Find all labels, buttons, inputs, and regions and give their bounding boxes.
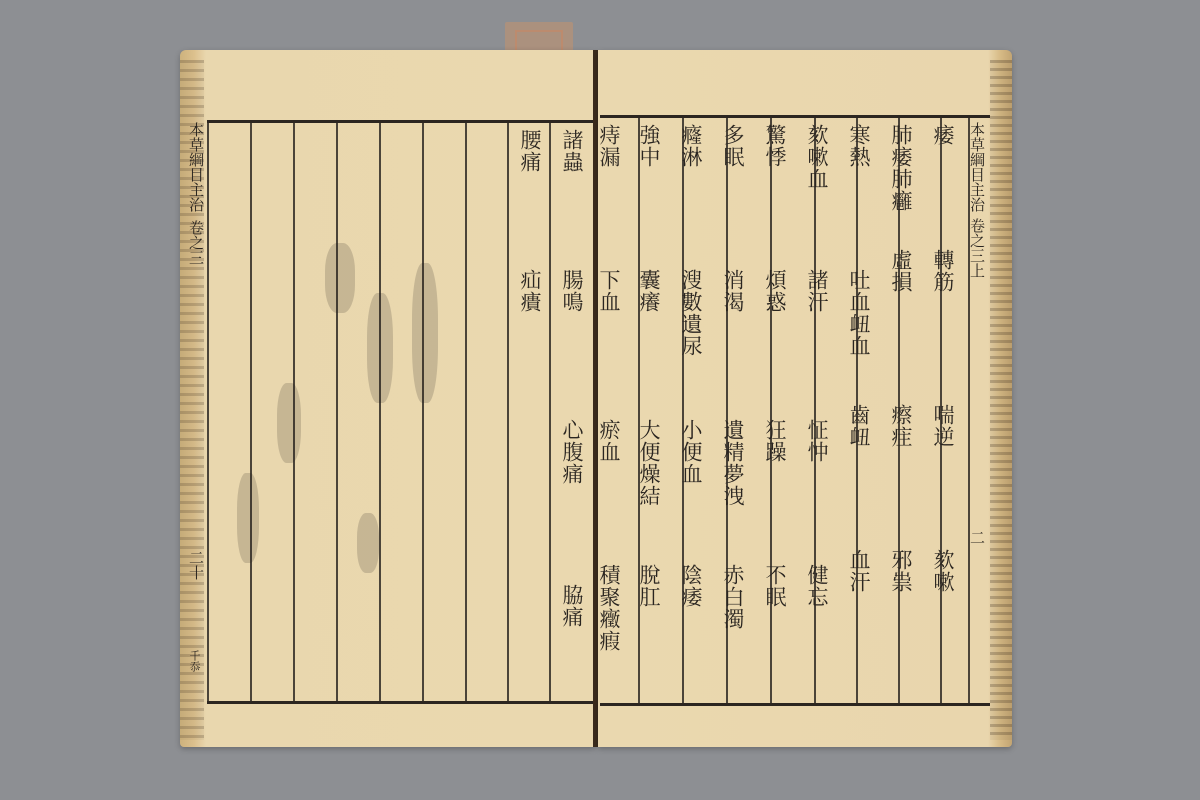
entry: 怔忡 xyxy=(806,419,827,463)
entry: 疝㿉 xyxy=(519,269,540,313)
entry: 欬嗽 xyxy=(932,549,953,593)
text-column: 肺痿肺癰 虛損 瘵疰 邪祟 xyxy=(882,124,922,704)
entry: 囊癢 xyxy=(638,269,659,313)
left-fold-page-number: 二十 xyxy=(186,550,207,580)
entry: 腸鳴 xyxy=(561,269,582,313)
entry: 瘀血 xyxy=(598,419,619,463)
right-page-edge xyxy=(990,60,1012,740)
entry: 小便血 xyxy=(680,419,701,485)
column-rule xyxy=(507,123,509,701)
entry: 煩惑 xyxy=(764,269,785,313)
entry: 諸蟲 xyxy=(561,129,582,173)
column-rule xyxy=(465,123,467,701)
entry: 下血 xyxy=(598,269,619,313)
entry: 肺痿肺癰 xyxy=(890,124,911,212)
entry: 痔漏 xyxy=(598,124,619,168)
text-column: 欬嗽血 諸汗 怔忡 健忘 xyxy=(798,124,838,704)
entry: 寒熱 xyxy=(848,124,869,168)
text-column: 驚悸 煩惑 狂躁 不眠 xyxy=(756,124,796,704)
ink-bleed xyxy=(357,513,379,573)
entry: 血汗 xyxy=(848,549,869,593)
left-fold-juan: 卷之三 xyxy=(186,220,207,265)
entry: 消渴 xyxy=(722,269,743,313)
entry: 邪祟 xyxy=(890,549,911,593)
column-rule xyxy=(379,123,381,701)
text-column: 腰痛 疝㿉 xyxy=(511,129,551,699)
left-page: 本草綱目主治 卷之三 二十 千忝 諸蟲 腸鳴 心腹痛 xyxy=(180,50,595,747)
entry: 諸汗 xyxy=(806,269,827,313)
text-column: 癃淋 溲數遺尿 小便血 陰痿 xyxy=(672,124,712,704)
entry: 痿 xyxy=(932,124,953,146)
column-rule xyxy=(422,123,424,701)
open-book: 本草綱目主治 卷之三 二十 千忝 諸蟲 腸鳴 心腹痛 xyxy=(180,50,1012,747)
entry: 心腹痛 xyxy=(561,419,582,485)
ink-bleed xyxy=(237,473,259,563)
entry: 赤白濁 xyxy=(722,564,743,630)
column-rule xyxy=(336,123,338,701)
entry: 驚悸 xyxy=(764,124,785,168)
column-rule xyxy=(968,118,970,703)
entry: 大便燥結 xyxy=(638,419,659,507)
entry: 吐血衄血 xyxy=(848,269,869,357)
left-fold-bottom-mark: 千忝 xyxy=(186,650,202,672)
left-fold-title: 本草綱目主治 xyxy=(186,122,207,212)
right-page: 本草綱目主治 卷之三上 二 痿 轉筋 喘逆 欬嗽 肺痿肺癰 虛損 瘵疰 xyxy=(598,50,1012,747)
ink-bleed xyxy=(412,263,438,403)
entry: 轉筋 xyxy=(932,249,953,293)
entry: 脇痛 xyxy=(561,584,582,628)
text-column: 痿 轉筋 喘逆 欬嗽 xyxy=(924,124,964,704)
entry: 狂躁 xyxy=(764,419,785,463)
entry: 欬嗽血 xyxy=(806,124,827,190)
entry: 積聚癥瘕 xyxy=(598,564,619,652)
text-column: 寒熱 吐血衄血 齒衄 血汗 xyxy=(840,124,880,704)
entry: 多眠 xyxy=(722,124,743,168)
ink-bleed xyxy=(325,243,355,313)
column-rule xyxy=(207,123,209,701)
entry: 脫肛 xyxy=(638,564,659,608)
entry: 瘵疰 xyxy=(890,404,911,448)
entry: 腰痛 xyxy=(519,129,540,173)
entry: 不眠 xyxy=(764,564,785,608)
entry: 溲數遺尿 xyxy=(680,269,701,357)
entry: 遺精夢洩 xyxy=(722,419,743,507)
entry: 強中 xyxy=(638,124,659,168)
text-column: 諸蟲 腸鳴 心腹痛 脇痛 xyxy=(553,129,593,699)
column-rule xyxy=(250,123,252,701)
entry: 陰痿 xyxy=(680,564,701,608)
entry: 虛損 xyxy=(890,249,911,293)
text-column: 痔漏 下血 瘀血 積聚癥瘕 xyxy=(590,124,630,704)
entry: 齒衄 xyxy=(848,404,869,448)
right-page-frame: 痿 轉筋 喘逆 欬嗽 肺痿肺癰 虛損 瘵疰 邪祟 寒熱 吐血衄血 齒衄 血汗 欬… xyxy=(600,115,990,706)
entry: 健忘 xyxy=(806,564,827,608)
ink-bleed xyxy=(367,293,393,403)
text-column: 多眠 消渴 遺精夢洩 赤白濁 xyxy=(714,124,754,704)
ink-bleed xyxy=(277,383,301,463)
text-column: 強中 囊癢 大便燥結 脫肛 xyxy=(630,124,670,704)
entry: 癃淋 xyxy=(680,124,701,168)
entry: 喘逆 xyxy=(932,404,953,448)
left-page-frame: 諸蟲 腸鳴 心腹痛 脇痛 腰痛 疝㿉 xyxy=(207,120,595,704)
